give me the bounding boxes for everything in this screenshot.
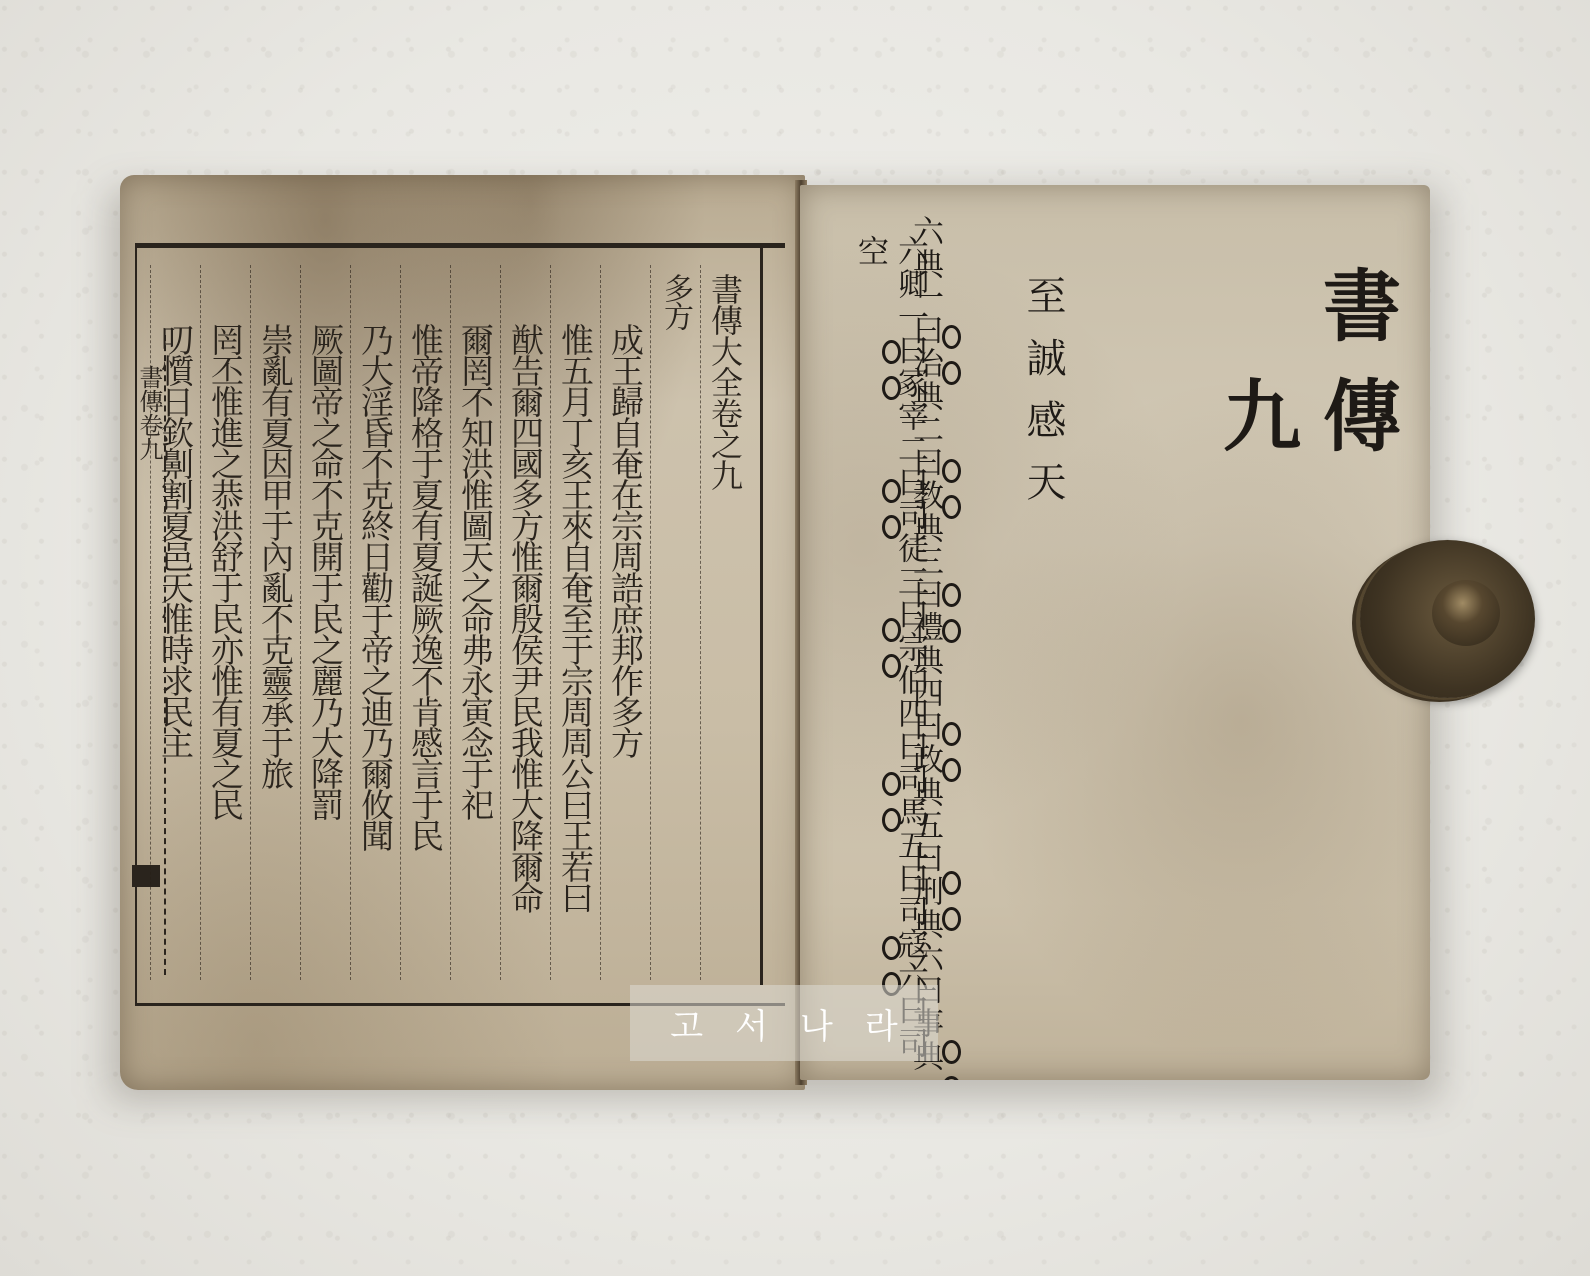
inscription: 至誠感天 — [1015, 275, 1072, 523]
weight-knob — [1432, 580, 1500, 646]
text-column: 罔丕惟進之恭洪舒于民亦惟有夏之民 — [200, 265, 250, 980]
text-column: 爾罔不知洪惟圖天之命弗永寅念于祀 — [450, 265, 500, 980]
circle-marks — [942, 325, 961, 1080]
title-text: 書傳 — [1310, 265, 1401, 485]
left-page: 書傳卷九 書傳大全卷之九 多方 成王歸自奄在宗周誥庶邦作多方 惟五月丁亥王來自奄… — [120, 175, 805, 1090]
handwritten-title: 書傳九 — [1205, 265, 1405, 485]
chapter-heading: 多方 — [650, 265, 700, 980]
text-column: 崇亂有夏因甲于內亂不克靈承于旅 — [250, 265, 300, 980]
text-column: 成王歸自奄在宗周誥庶邦作多方 — [600, 265, 650, 980]
frame-rule — [760, 245, 763, 985]
printed-text-block: 書傳大全卷之九 多方 成王歸自奄在宗周誥庶邦作多方 惟五月丁亥王來自奄至于宗周周… — [150, 265, 750, 980]
text-column: 厥圖帝之命不克開于民之麗乃大降罰 — [300, 265, 350, 980]
text-column: 乃大淫昏不克終日勸于帝之迪乃爾攸聞 — [350, 265, 400, 980]
watermark: 고서나라 — [630, 985, 938, 1061]
text-column: 惟五月丁亥王來自奄至于宗周周公曰王若曰 — [550, 265, 600, 980]
right-page: 書傳九 至誠感天 六典一曰治典二曰教典三曰禮典四曰政典五曰刑典六曰事典 六卿一曰… — [800, 185, 1430, 1080]
open-book: 書傳卷九 書傳大全卷之九 多方 成王歸自奄在宗周誥庶邦作多方 惟五月丁亥王來自奄… — [120, 175, 1445, 1090]
text-column: 叨懫日欽劓割夏邑天惟時求民主 — [150, 265, 200, 980]
brass-weight — [1360, 540, 1540, 700]
volume-number: 九 — [1205, 375, 1305, 485]
text-column: 猷告爾四國多方惟爾殷侯尹民我惟大降爾命 — [500, 265, 550, 980]
volume-title-column: 書傳大全卷之九 — [700, 265, 750, 980]
text-column: 惟帝降格于夏有夏誕厥逸不肯慼言于民 — [400, 265, 450, 980]
circle-marks — [882, 340, 901, 1080]
